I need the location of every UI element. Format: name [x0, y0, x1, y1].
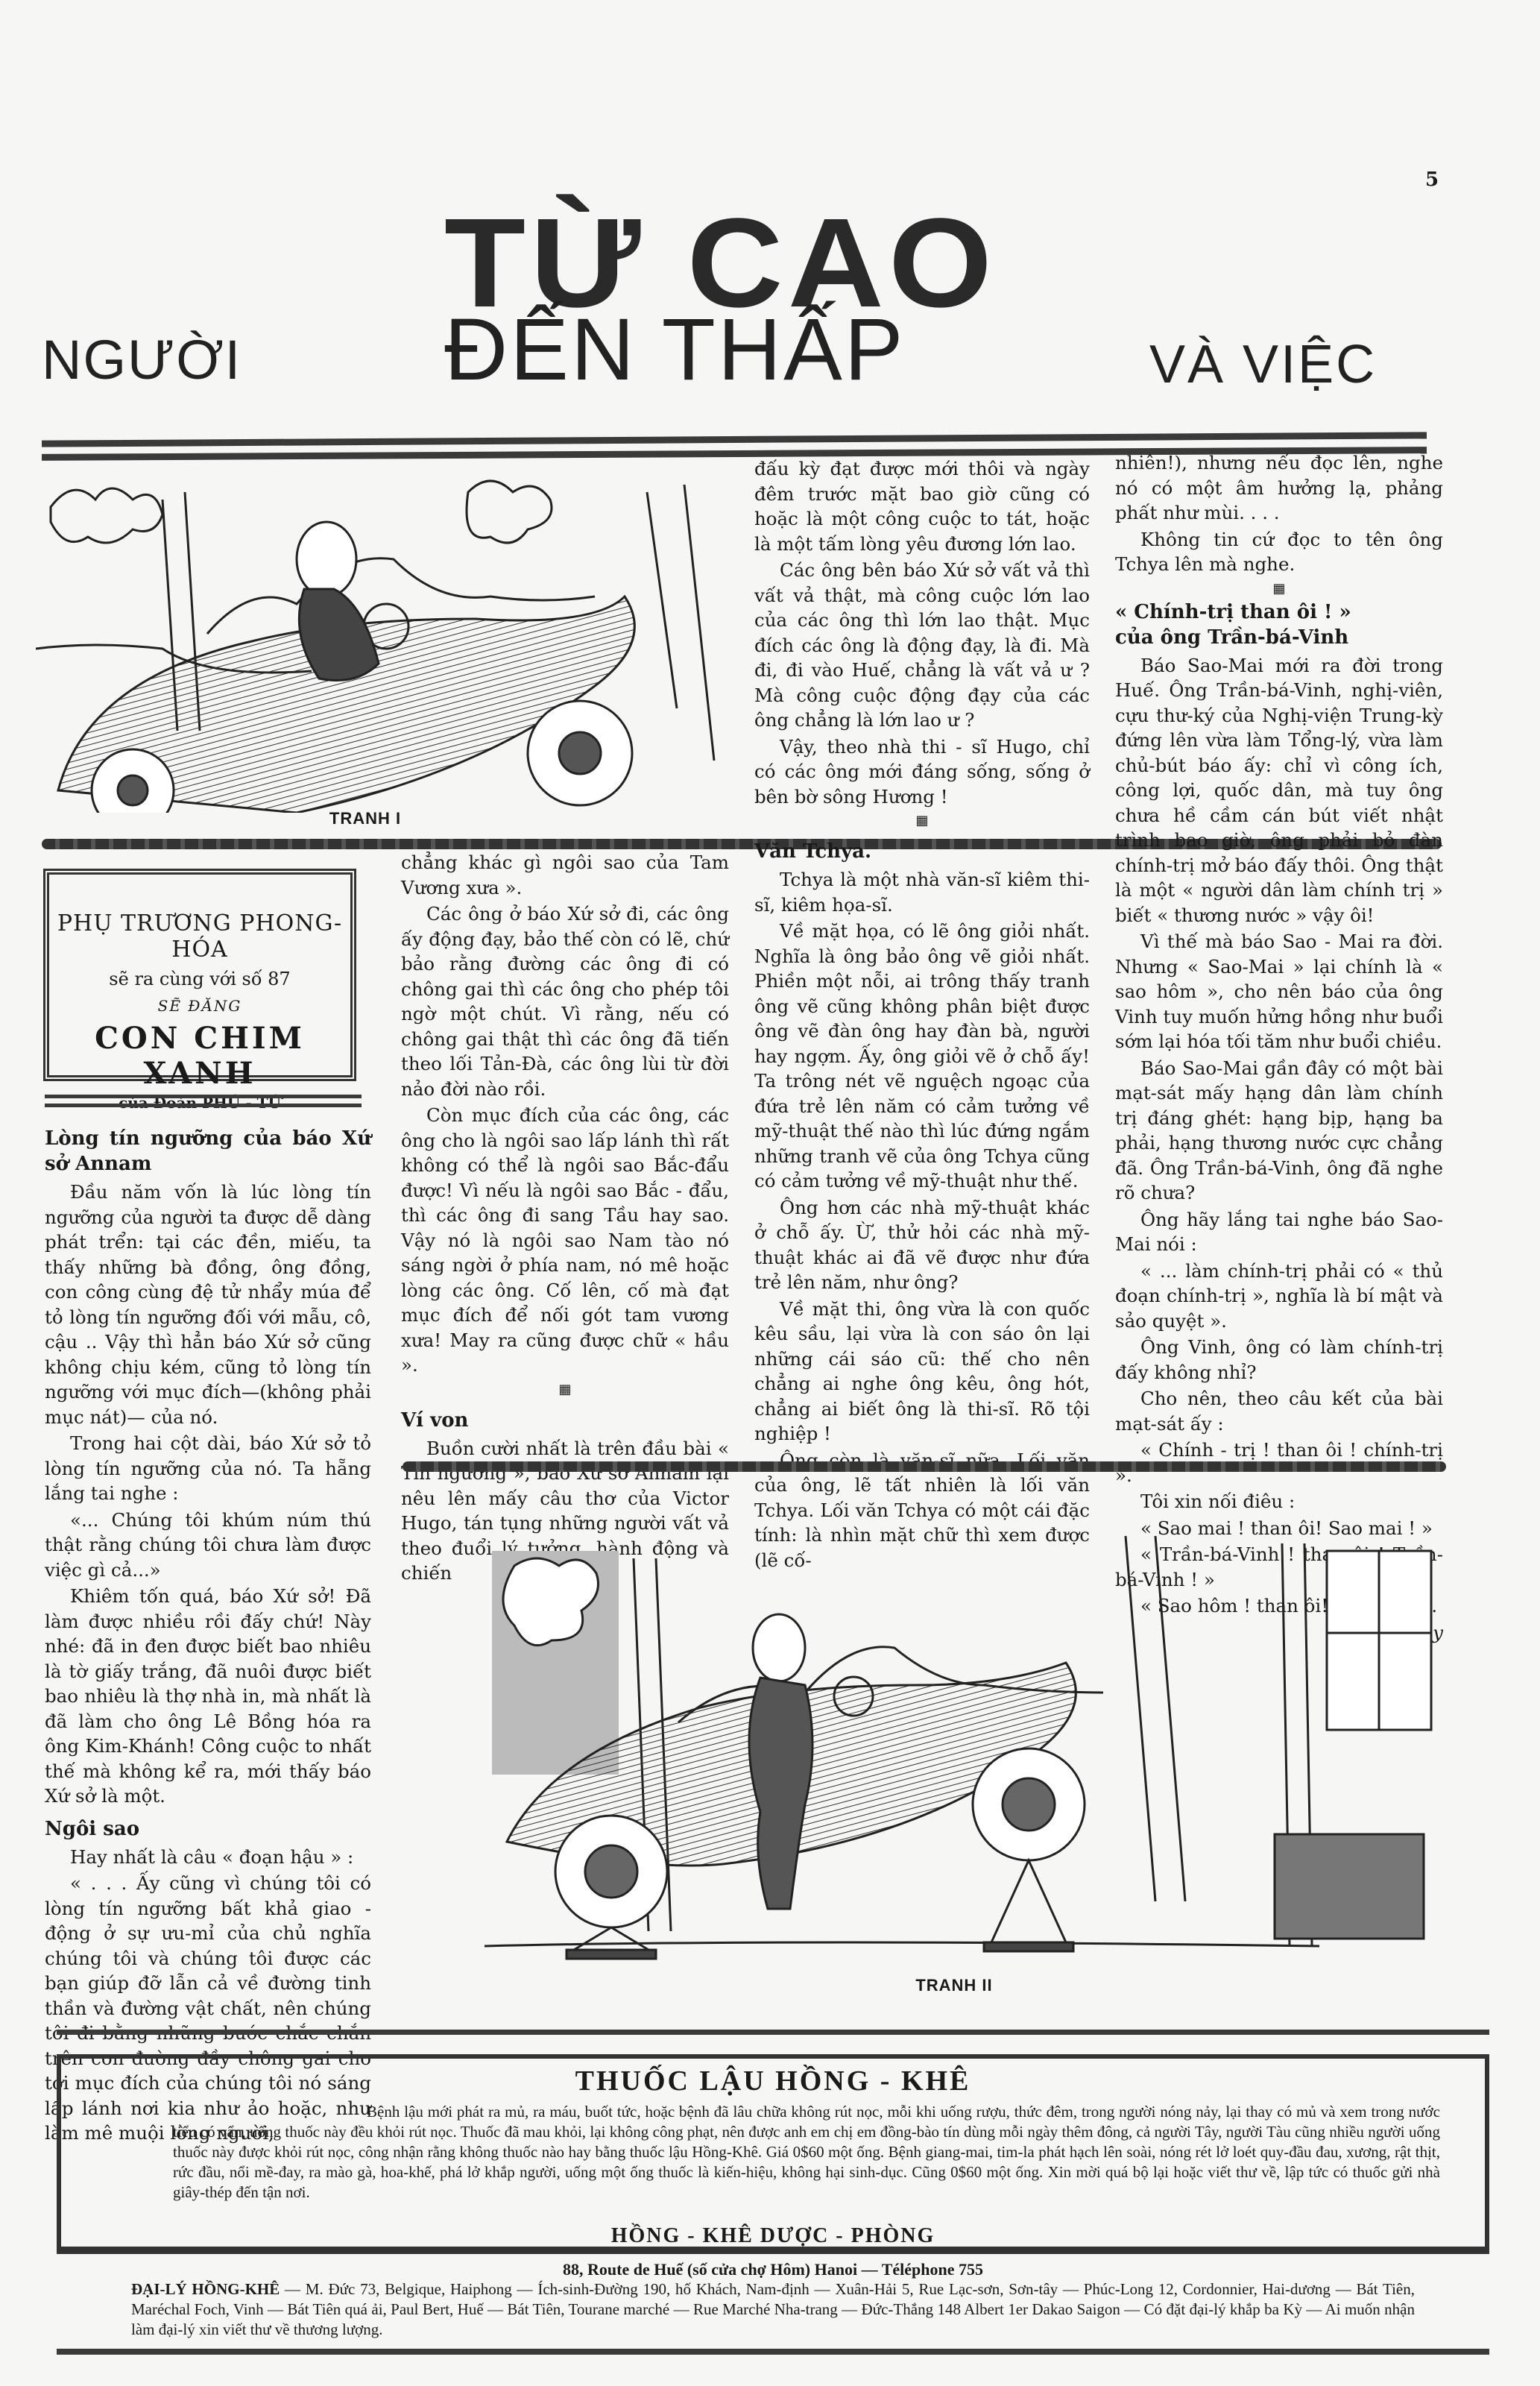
article-column-2: chẳng khác gì ngôi sao của Tam Vương xưa…: [401, 850, 729, 1587]
ad-top-rule: [57, 2030, 1489, 2035]
section-heading-vi-von: Ví von: [401, 1408, 729, 1433]
ad-body-text: Bệnh lậu mới phát ra mủ, ra máu, buốt tứ…: [173, 2102, 1440, 2203]
ad-title: THUỐC LẬU HỒNG - KHÊ: [61, 2065, 1485, 2097]
ornament-icon: ▦: [1115, 579, 1443, 599]
advertisement-hong-khe: THUỐC LẬU HỒNG - KHÊ Bệnh lậu mới phát r…: [57, 2054, 1489, 2254]
paragraph: Không tin cứ đọc to tên ông Tchya lên mà…: [1115, 527, 1443, 577]
page-number: 5: [1425, 169, 1439, 191]
ad-footer: 88, Route de Huế (số cửa chợ Hôm) Hanoi …: [57, 2259, 1489, 2340]
ad-address: 88, Route de Huế (số cửa chợ Hôm) Hanoi …: [57, 2259, 1489, 2279]
quote-paragraph: «... Chúng tôi khúm núm thú thật rằng ch…: [45, 1508, 371, 1583]
paragraph: Đầu năm vốn là lúc lòng tín ngưỡng của n…: [45, 1180, 371, 1429]
ad-agents-list: — M. Đức 73, Belgique, Haiphong — Ích-si…: [131, 2280, 1415, 2338]
promo-will-publish: SẼ ĐĂNG: [49, 997, 350, 1015]
paragraph: đấu kỳ đạt được mới thôi và ngày đêm trư…: [754, 456, 1090, 556]
illustration-2-caption: TRANH II: [894, 1976, 1014, 1995]
article-column-1: Lòng tín ngưỡng của báo Xứ sở Annam Đầu …: [45, 1118, 371, 2147]
paragraph: Vậy, theo nhà thi - sĩ Hugo, chỉ có các …: [754, 734, 1090, 810]
paragraph: Các ông ở báo Xứ sở đi, các ông ấy động …: [401, 901, 729, 1101]
ornament-icon: ▦: [754, 810, 1090, 831]
paragraph: nhiên!), nhưng nếu đọc lên, nghe nó có m…: [1115, 450, 1443, 526]
promo-work-title: CON CHIM XANH: [49, 1021, 350, 1091]
paragraph: Khiêm tốn quá, báo Xứ sở! Đã làm được nh…: [45, 1584, 371, 1809]
section-heading-chinh-tri: « Chính-trị than ôi ! »: [1115, 599, 1443, 625]
paragraph: Ông Vinh, ông có làm chính-trị đấy không…: [1115, 1335, 1443, 1385]
paragraph: chẳng khác gì ngôi sao của Tam Vương xưa…: [401, 850, 729, 900]
ad-agents: ĐẠI-LÝ HỒNG-KHÊ — M. Đức 73, Belgique, H…: [57, 2279, 1489, 2340]
paragraph: Về mặt họa, có lẽ ông giỏi nhất. Nghĩa l…: [754, 919, 1090, 1194]
ad-pharmacy-name: HỒNG - KHÊ DƯỢC - PHÒNG: [61, 2224, 1485, 2248]
supplement-announcement-box: PHỤ TRƯƠNG PHONG-HÓA sẽ ra cùng với số 8…: [43, 869, 356, 1081]
masthead-left-word: NGƯỜI: [42, 328, 242, 391]
illustration-1-caption: TRANH I: [298, 809, 432, 828]
illustration-tranh-2: [440, 1484, 1454, 1961]
promo-rule-1: [45, 1095, 362, 1098]
ad-agents-label: ĐẠI-LÝ HỒNG-KHÊ: [131, 2280, 280, 2298]
ad-body: Bệnh lậu mới phát ra mủ, ra máu, buốt tứ…: [173, 2102, 1440, 2203]
paragraph: Về mặt thi, ông vừa là con quốc kêu sầu,…: [754, 1297, 1090, 1447]
paragraph: Hay nhất là câu « đoạn hậu » :: [45, 1845, 371, 1870]
article-column-3: đấu kỳ đạt được mới thôi và ngày đêm trư…: [754, 456, 1090, 1574]
paragraph: Ông hãy lắng tai nghe báo Sao-Mai nói :: [1115, 1207, 1443, 1257]
ad-bottom-rule: [57, 2349, 1489, 2355]
car-on-stands-drawing-icon: [440, 1484, 1454, 1961]
section-heading-van-tchya: Văn Tchya.: [754, 839, 1090, 864]
paragraph: Trong hai cột dài, báo Xứ sở tỏ lòng tín…: [45, 1431, 371, 1506]
paragraph: Cho nên, theo câu kết của bài mạt-sát ấy…: [1115, 1386, 1443, 1436]
paragraph: Ông hơn các nhà mỹ-thuật khác ở chỗ ấy. …: [754, 1195, 1090, 1295]
quote-paragraph: « ... làm chính-trị phải có « thủ đoạn c…: [1115, 1259, 1443, 1334]
promo-rule-2: [45, 1104, 362, 1107]
section-heading-long-tin-nguong: Lòng tín ngưỡng của báo Xứ sở Annam: [45, 1126, 371, 1177]
masthead-title-bottom: ĐẾN THẤP: [444, 306, 906, 394]
section-divider-wavy-2: [403, 1461, 1446, 1472]
section-heading-ngoi-sao: Ngôi sao: [45, 1816, 371, 1842]
paragraph: Báo Sao-Mai mới ra đời trong Huế. Ông Tr…: [1115, 653, 1443, 928]
section-subheading-tran-ba-vinh: của ông Trần-bá-Vinh: [1115, 625, 1443, 650]
masthead-right-word: VÀ VIỆC: [1149, 334, 1377, 395]
paragraph: Vì thế mà báo Sao - Mai ra đời. Nhưng « …: [1115, 929, 1443, 1054]
car-driver-drawing-icon: [36, 462, 736, 813]
ornament-icon: ▦: [401, 1379, 729, 1400]
promo-supplement-title: PHỤ TRƯƠNG PHONG-HÓA: [49, 910, 350, 963]
paragraph: Tchya là một nhà văn-sĩ kiêm thi-sĩ, kiê…: [754, 867, 1090, 917]
paragraph: Báo Sao-Mai gần đây có một bài mạt-sát m…: [1115, 1056, 1443, 1206]
promo-issue-line: sẽ ra cùng với số 87: [49, 969, 350, 989]
paragraph: Còn mục đích của các ông, các ông cho là…: [401, 1103, 729, 1378]
masthead-rule-1: [42, 432, 1427, 447]
illustration-tranh-1: [36, 462, 736, 813]
paragraph: Các ông bên báo Xứ sở vất vả thì vất vả …: [754, 558, 1090, 733]
